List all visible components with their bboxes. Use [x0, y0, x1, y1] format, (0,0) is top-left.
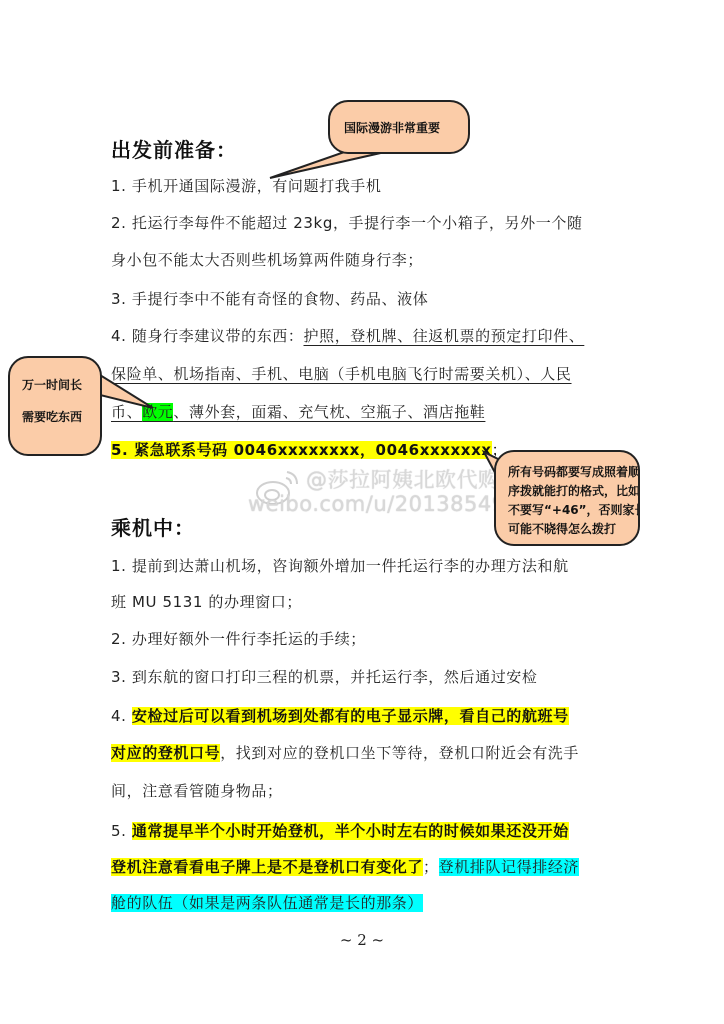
list-item-emergency-contact: 5. 紧急联系号码 0046xxxxxxxx，0046xxxxxxx； [111, 439, 507, 460]
page-number: ~ 2 ~ [0, 931, 724, 949]
list-item-continuation: 间，注意看管随身物品； [111, 780, 283, 801]
list-item: 1. 提前到达萧山机场，咨询额外增加一件托运行李的办理方法和航 [111, 555, 569, 576]
list-item-continuation: 保险单、机场指南、手机、电脑（手机电脑飞行时需要关机）、人民 [111, 363, 572, 384]
document-page: 出发前准备： 1. 手机开通国际漫游，有问题打我手机 2. 托运行李每件不能超过… [0, 0, 724, 1024]
watermark: @莎拉阿姨北欧代购 weibo.com/u/2013854913 [248, 468, 533, 516]
section-heading-before-departure: 出发前准备： [111, 134, 237, 163]
callout-roaming: 国际漫游非常重要 [328, 100, 470, 154]
list-item-continuation: 登机注意看看电子牌上是不是登机口有变化了；登机排队记得排经济 [111, 856, 579, 877]
list-item: 2. 办理好额外一件行李托运的手续； [111, 628, 366, 649]
highlight-cyan: 舱的队伍（如果是两条队伍通常是长的那条） [111, 894, 423, 912]
list-item: 3. 到东航的窗口打印三程的机票，并托运行李，然后通过安检 [111, 666, 538, 687]
list-item: 1. 手机开通国际漫游，有问题打我手机 [111, 175, 382, 196]
list-item: 4. 安检过后可以看到机场到处都有的电子显示牌，看自己的航班号 [111, 705, 569, 726]
highlight-cyan: 登机排队记得排经济 [439, 858, 579, 876]
list-item: 4. 随身行李建议带的东西：护照，登机牌、往返机票的预定打印件、 [111, 325, 584, 346]
section-heading-on-board: 乘机中： [111, 512, 195, 541]
list-item-continuation: 舱的队伍（如果是两条队伍通常是长的那条） [111, 892, 423, 913]
highlight-green: 欧元 [142, 403, 173, 421]
list-item: 2. 托运行李每件不能超过 23kg，手提行李一个小箱子，另外一个随 [111, 212, 583, 233]
list-item-continuation: 对应的登机口号，找到对应的登机口坐下等待，登机口附近会有洗手 [111, 742, 579, 763]
list-item: 3. 手提行李中不能有奇怪的食物、药品、液体 [111, 288, 428, 309]
list-item-continuation: 币、欧元、薄外套，面霜、充气枕、空瓶子、酒店拖鞋 [111, 401, 485, 422]
callout-phone-format: 所有号码都要写成照着顺 序拨就能打的格式，比如 不要写“+46”，否则家长 可能… [494, 450, 640, 546]
list-item-continuation: 班 MU 5131 的办理窗口； [111, 591, 302, 612]
list-item: 5. 通常提早半个小时开始登机，半个小时左右的时候如果还没开始 [111, 820, 569, 841]
callout-food: 万一时间长 需要吃东西 [8, 356, 102, 456]
list-item-continuation: 身小包不能太大否则些机场算两件随身行李； [111, 249, 423, 270]
